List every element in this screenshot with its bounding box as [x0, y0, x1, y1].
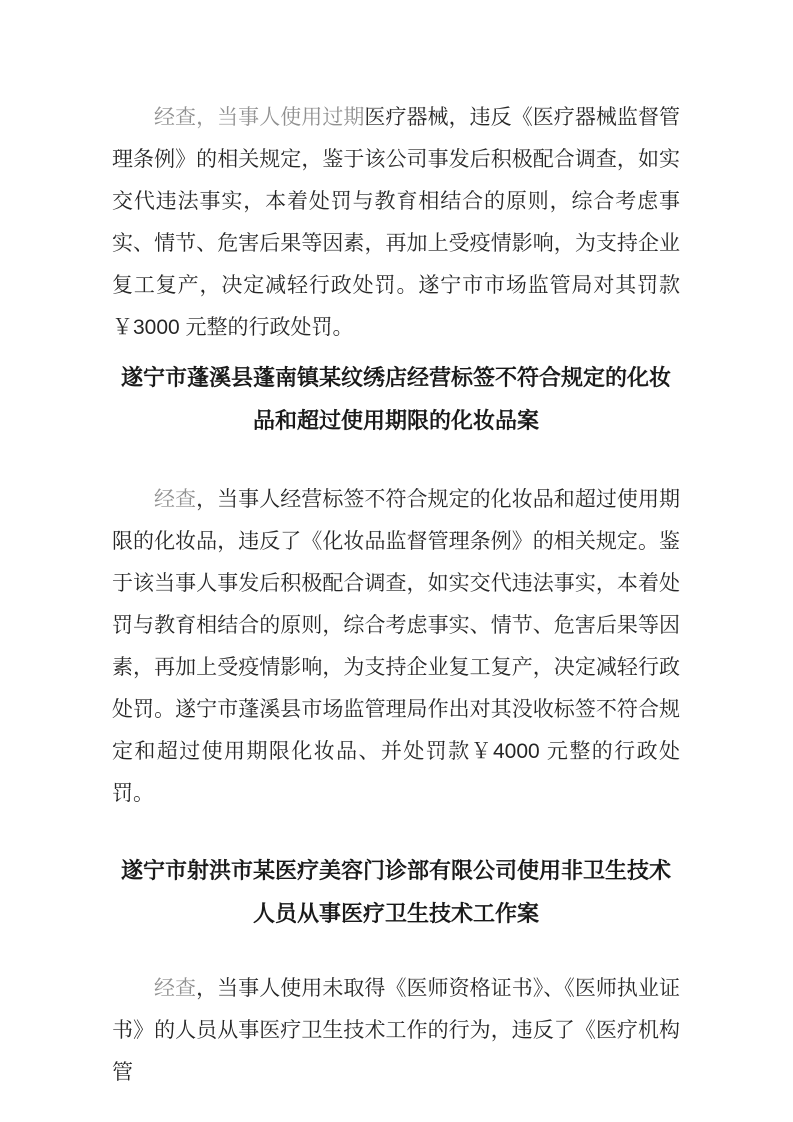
- case2-paragraph-lead-text: 经查: [154, 488, 196, 511]
- case3-title-line-2: 人员从事医疗卫生技术工作案: [112, 892, 680, 935]
- case3-title-line-1: 遂宁市射洪市某医疗美容门诊部有限公司使用非卫生技术: [112, 849, 680, 892]
- document-page: 经查，当事人使用过期医疗器械，违反《医疗器械监督管理条例》的相关规定，鉴于该公司…: [0, 0, 793, 1122]
- case3-title: 遂宁市射洪市某医疗美容门诊部有限公司使用非卫生技术 人员从事医疗卫生技术工作案: [112, 849, 680, 935]
- case2-penalty-paragraph: 经查，当事人经营标签不符合规定的化妆品和超过使用期限的化妆品，违反了《化妆品监督…: [112, 479, 680, 815]
- case3-penalty-paragraph: 经查，当事人使用未取得《医师资格证书》、《医师执业证书》的人员从事医疗卫生技术工…: [112, 968, 680, 1094]
- case2-paragraph-body-text: ，当事人经营标签不符合规定的化妆品和超过使用期限的化妆品，违反了《化妆品监督管理…: [112, 488, 680, 805]
- case1-penalty-paragraph: 经查，当事人使用过期医疗器械，违反《医疗器械监督管理条例》的相关规定，鉴于该公司…: [112, 97, 680, 349]
- case1-paragraph-lead-text: 经查，当事人使用过期: [154, 106, 364, 129]
- case2-title: 遂宁市蓬溪县蓬南镇某纹绣店经营标签不符合规定的化妆 品和超过使用期限的化妆品案: [112, 356, 680, 442]
- case2-title-line-1: 遂宁市蓬溪县蓬南镇某纹绣店经营标签不符合规定的化妆: [112, 356, 680, 399]
- case3-paragraph-body-text: ，当事人使用未取得《医师资格证书》、《医师执业证书》的人员从事医疗卫生技术工作的…: [112, 977, 680, 1084]
- case2-title-line-2: 品和超过使用期限的化妆品案: [112, 399, 680, 442]
- case1-paragraph-body-text: 医疗器械，违反《医疗器械监督管理条例》的相关规定，鉴于该公司事发后积极配合调查，…: [112, 106, 680, 339]
- case3-paragraph-lead-text: 经查: [154, 977, 196, 1000]
